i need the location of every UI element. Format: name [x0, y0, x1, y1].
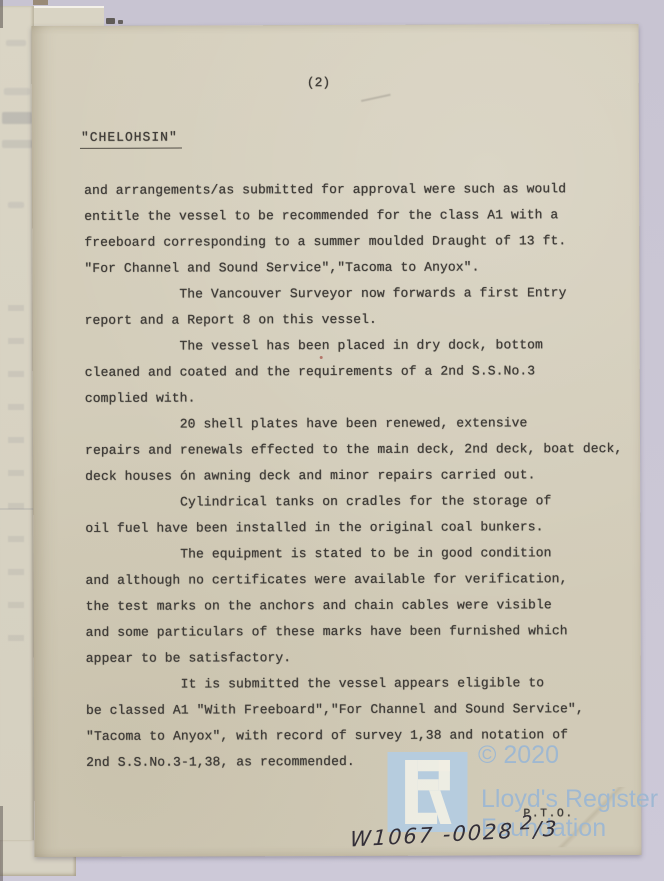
typed-line: oil fuel have been installed in the orig…	[85, 514, 622, 542]
ghost-text	[6, 40, 26, 46]
pencil-mark	[361, 94, 391, 102]
document-page: (2) "CHELOHSIN" and arrangements/as subm…	[32, 24, 642, 857]
binding-edge	[33, 0, 48, 5]
typed-body: and arrangements/as submitted for approv…	[84, 176, 623, 776]
archive-fraction-rest: /3	[533, 816, 559, 841]
ghost-text-column	[8, 305, 24, 657]
document-scan: (2) "CHELOHSIN" and arrangements/as subm…	[0, 0, 664, 881]
typed-line: "For Channel and Sound Service","Tacoma …	[84, 254, 621, 282]
binding-mark	[118, 20, 123, 24]
binding-edge	[0, 806, 3, 881]
typed-line: deck houses ón awning deck and minor rep…	[85, 462, 622, 490]
typed-line: report and a Report 8 on this vessel.	[85, 306, 622, 334]
archive-fraction-numerator: 2	[520, 812, 535, 835]
typed-line: The vessel has been placed in dry dock, …	[85, 332, 622, 360]
typed-line: 20 shell plates have been renewed, exten…	[85, 410, 622, 438]
typed-line: and arrangements/as submitted for approv…	[84, 176, 621, 204]
ghost-text	[2, 140, 33, 148]
typed-line: freeboard corresponding to a summer moul…	[84, 228, 621, 256]
typed-line: appear to be satisfactory.	[86, 644, 623, 672]
typed-line: It is submitted the vessel appears eligi…	[86, 670, 623, 698]
typed-line: The Vancouver Surveyor now forwards a fi…	[84, 280, 621, 308]
typed-line: and although no certificates were availa…	[85, 566, 622, 594]
binding-mark	[106, 18, 115, 24]
typed-line: be classed A1 "With Freeboard","For Chan…	[86, 696, 623, 724]
typed-line: entitle the vessel to be recommended for…	[84, 202, 621, 230]
ghost-text	[8, 202, 24, 208]
paper-crease	[547, 787, 637, 847]
typed-line: the test marks on the anchors and chain …	[86, 592, 623, 620]
typed-line: "Tacoma to Anyox", with record of survey…	[86, 722, 623, 750]
page-number: (2)	[307, 75, 330, 90]
vessel-title: "CHELOHSIN"	[80, 130, 182, 149]
binding-edge	[0, 0, 3, 28]
ghost-text	[4, 88, 30, 95]
typed-line: 2nd S.S.No.3-1,38, as recommended.	[86, 748, 623, 776]
ghost-text	[2, 112, 32, 124]
typed-line: repairs and renewals effected to the mai…	[85, 436, 622, 464]
typed-line: complied with.	[85, 384, 622, 412]
typed-line: cleaned and coated and the requirements …	[85, 358, 622, 386]
typed-line: The equipment is stated to be in good co…	[85, 540, 622, 568]
typed-line: and some particulars of these marks have…	[86, 618, 623, 646]
typed-line: Cylindrical tanks on cradles for the sto…	[85, 488, 622, 516]
